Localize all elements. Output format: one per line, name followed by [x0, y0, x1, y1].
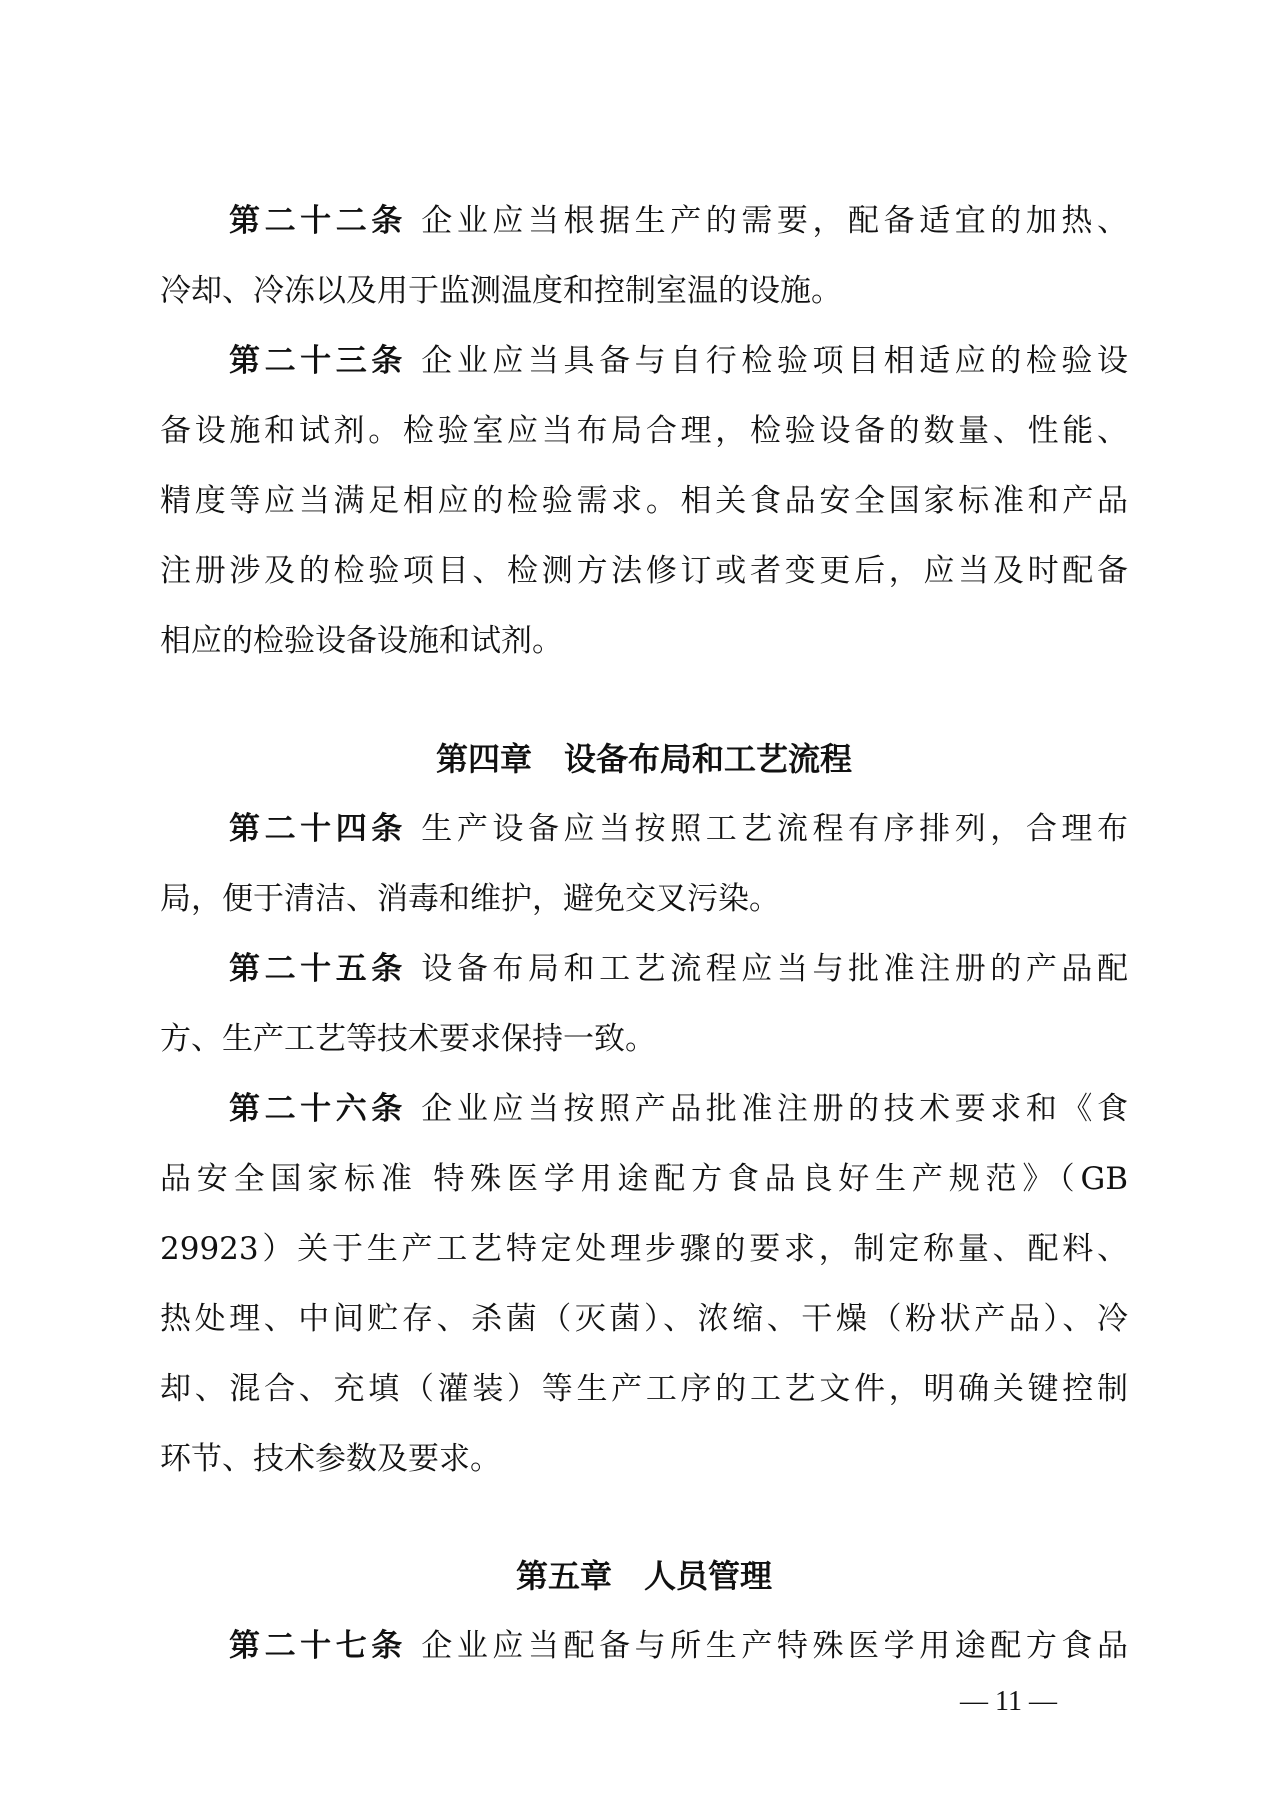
- article-26-text: 企业应当按照产品批准注册的技术要求和《食: [421, 1091, 1128, 1127]
- article-25-text: 设备布局和工艺流程应当与批准注册的产品配: [421, 951, 1128, 987]
- article-27-text: 企业应当配备与所生产特殊医学用途配方食品: [421, 1628, 1128, 1664]
- article-22-line-1: 第二十二条 企业应当根据生产的需要，配备适宜的加热、: [160, 186, 1128, 256]
- page-number: — 11 —: [960, 1682, 1057, 1722]
- article-23-line-4: 注册涉及的检验项目、检测方法修订或者变更后，应当及时配备: [160, 536, 1128, 606]
- article-23-text: 企业应当具备与自行检验项目相适应的检验设: [421, 343, 1128, 379]
- article-23-title: 第二十三条: [229, 343, 407, 379]
- article-27-line-1: 第二十七条 企业应当配备与所生产特殊医学用途配方食品: [160, 1611, 1128, 1681]
- chapter-4-number: 第四章: [436, 740, 532, 778]
- article-24-title: 第二十四条: [229, 811, 407, 847]
- article-23-line-2: 备设施和试剂。检验室应当布局合理，检验设备的数量、性能、: [160, 396, 1128, 466]
- chapter-5-number: 第五章: [516, 1557, 612, 1595]
- article-23-line-3: 精度等应当满足相应的检验需求。相关食品安全国家标准和产品: [160, 466, 1128, 536]
- chapter-5-title: 人员管理: [644, 1557, 772, 1595]
- article-26-line-2: 品安全国家标准 特殊医学用途配方食品良好生产规范》（GB: [160, 1144, 1128, 1214]
- article-26-line-6: 环节、技术参数及要求。: [160, 1424, 1128, 1494]
- article-26-line-5: 却、混合、充填（灌装）等生产工序的工艺文件，明确关键控制: [160, 1354, 1128, 1424]
- article-26-line-4: 热处理、中间贮存、杀菌（灭菌）、浓缩、干燥（粉状产品）、冷: [160, 1284, 1128, 1354]
- article-23-line-5: 相应的检验设备设施和试剂。: [160, 606, 1128, 676]
- article-25-title: 第二十五条: [229, 951, 407, 987]
- article-26-line-1: 第二十六条 企业应当按照产品批准注册的技术要求和《食: [160, 1074, 1128, 1144]
- article-25-line-1: 第二十五条 设备布局和工艺流程应当与批准注册的产品配: [160, 934, 1128, 1004]
- article-27-title: 第二十七条: [229, 1628, 407, 1664]
- article-24-line-1: 第二十四条 生产设备应当按照工艺流程有序排列，合理布: [160, 794, 1128, 864]
- chapter-4-title: 设备布局和工艺流程: [564, 740, 852, 778]
- article-26-title: 第二十六条: [229, 1091, 407, 1127]
- article-23-line-1: 第二十三条 企业应当具备与自行检验项目相适应的检验设: [160, 326, 1128, 396]
- article-26-line-3: 29923）关于生产工艺特定处理步骤的要求，制定称量、配料、: [160, 1214, 1128, 1284]
- article-22-text: 企业应当根据生产的需要，配备适宜的加热、: [421, 203, 1128, 239]
- article-24-text: 生产设备应当按照工艺流程有序排列，合理布: [421, 811, 1128, 847]
- chapter-4-heading: 第四章设备布局和工艺流程: [160, 724, 1128, 794]
- article-22-title: 第二十二条: [229, 203, 407, 239]
- chapter-5-heading: 第五章人员管理: [160, 1541, 1128, 1611]
- article-24-line-2: 局，便于清洁、消毒和维护，避免交叉污染。: [160, 864, 1128, 934]
- article-25-line-2: 方、生产工艺等技术要求保持一致。: [160, 1004, 1128, 1074]
- article-22-line-2: 冷却、冷冻以及用于监测温度和控制室温的设施。: [160, 256, 1128, 326]
